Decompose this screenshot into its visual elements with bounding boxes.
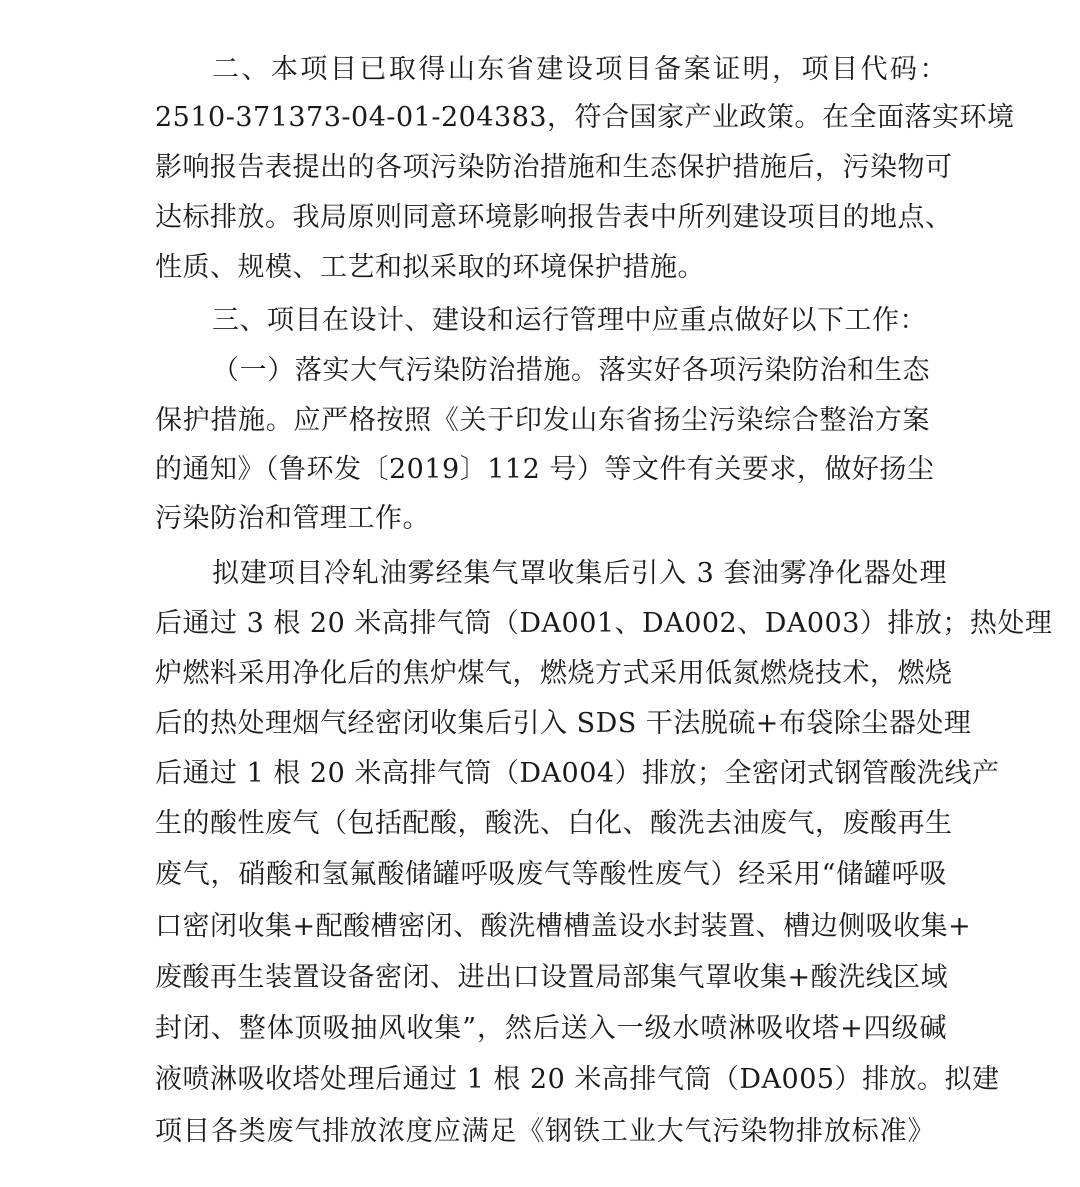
document-page: 二、本项目已取得山东省建设项目备案证明，项目代码： 2510-371373-04…: [0, 0, 1080, 1187]
paragraph-line: 拟建项目冷轧油雾经集气罩收集后引入 3 套油雾净化器处理: [212, 552, 947, 596]
paragraph-line: 生的酸性废气（包括配酸，酸洗、白化、酸洗去油废气，废酸再生: [155, 802, 947, 846]
paragraph-line: 封闭、整体顶吸抽风收集”，然后送入一级水喷淋吸收塔+四级碱: [155, 1007, 947, 1051]
subsection-heading: （一）落实大气污染防治措施。落实好各项污染防治和生态: [212, 349, 930, 393]
paragraph-line: 保护措施。应严格按照《关于印发山东省扬尘污染综合整治方案: [155, 399, 930, 443]
paragraph-line: 达标排放。我局原则同意环境影响报告表中所列建设项目的地点、: [155, 196, 947, 240]
paragraph-line: 口密闭收集+配酸槽密闭、酸洗槽槽盖设水封装置、槽边侧吸收集+: [155, 905, 947, 949]
paragraph-line: 污染防治和管理工作。: [155, 497, 947, 541]
paragraph-line: 废酸再生装置设备密闭、进出口设置局部集气罩收集+酸洗线区域: [155, 956, 947, 1000]
paragraph-line: 炉燃料采用净化后的焦炉煤气，燃烧方式采用低氮燃烧技术，燃烧: [155, 652, 947, 696]
paragraph-line: 二、本项目已取得山东省建设项目备案证明，项目代码：: [212, 48, 947, 92]
paragraph-line: 后通过 3 根 20 米高排气筒（DA001、DA002、DA003）排放；热处…: [155, 602, 947, 646]
paragraph-line: 影响报告表提出的各项污染防治措施和生态保护措施后，污染物可: [155, 146, 947, 190]
paragraph-line: 后的热处理烟气经密闭收集后引入 SDS 干法脱硫+布袋除尘器处理: [155, 702, 947, 746]
paragraph-line: 性质、规模、工艺和拟采取的环境保护措施。: [155, 246, 947, 290]
paragraph-line: 后通过 1 根 20 米高排气筒（DA004）排放；全密闭式钢管酸洗线产: [155, 752, 947, 796]
section-heading: 三、项目在设计、建设和运行管理中应重点做好以下工作：: [212, 299, 947, 343]
paragraph-line: 液喷淋吸收塔处理后通过 1 根 20 米高排气筒（DA005）排放。拟建: [155, 1058, 947, 1102]
paragraph-line: 项目各类废气排放浓度应满足《钢铁工业大气污染物排放标准》: [155, 1110, 935, 1154]
paragraph-line: 2510-371373-04-01-204383，符合国家产业政策。在全面落实环…: [155, 96, 947, 140]
paragraph-line: 废气，硝酸和氢氟酸储罐呼吸废气等酸性废气）经采用“储罐呼吸: [155, 853, 947, 897]
paragraph-line: 的通知》（鲁环发〔2019〕112 号）等文件有关要求，做好扬尘: [155, 448, 930, 492]
